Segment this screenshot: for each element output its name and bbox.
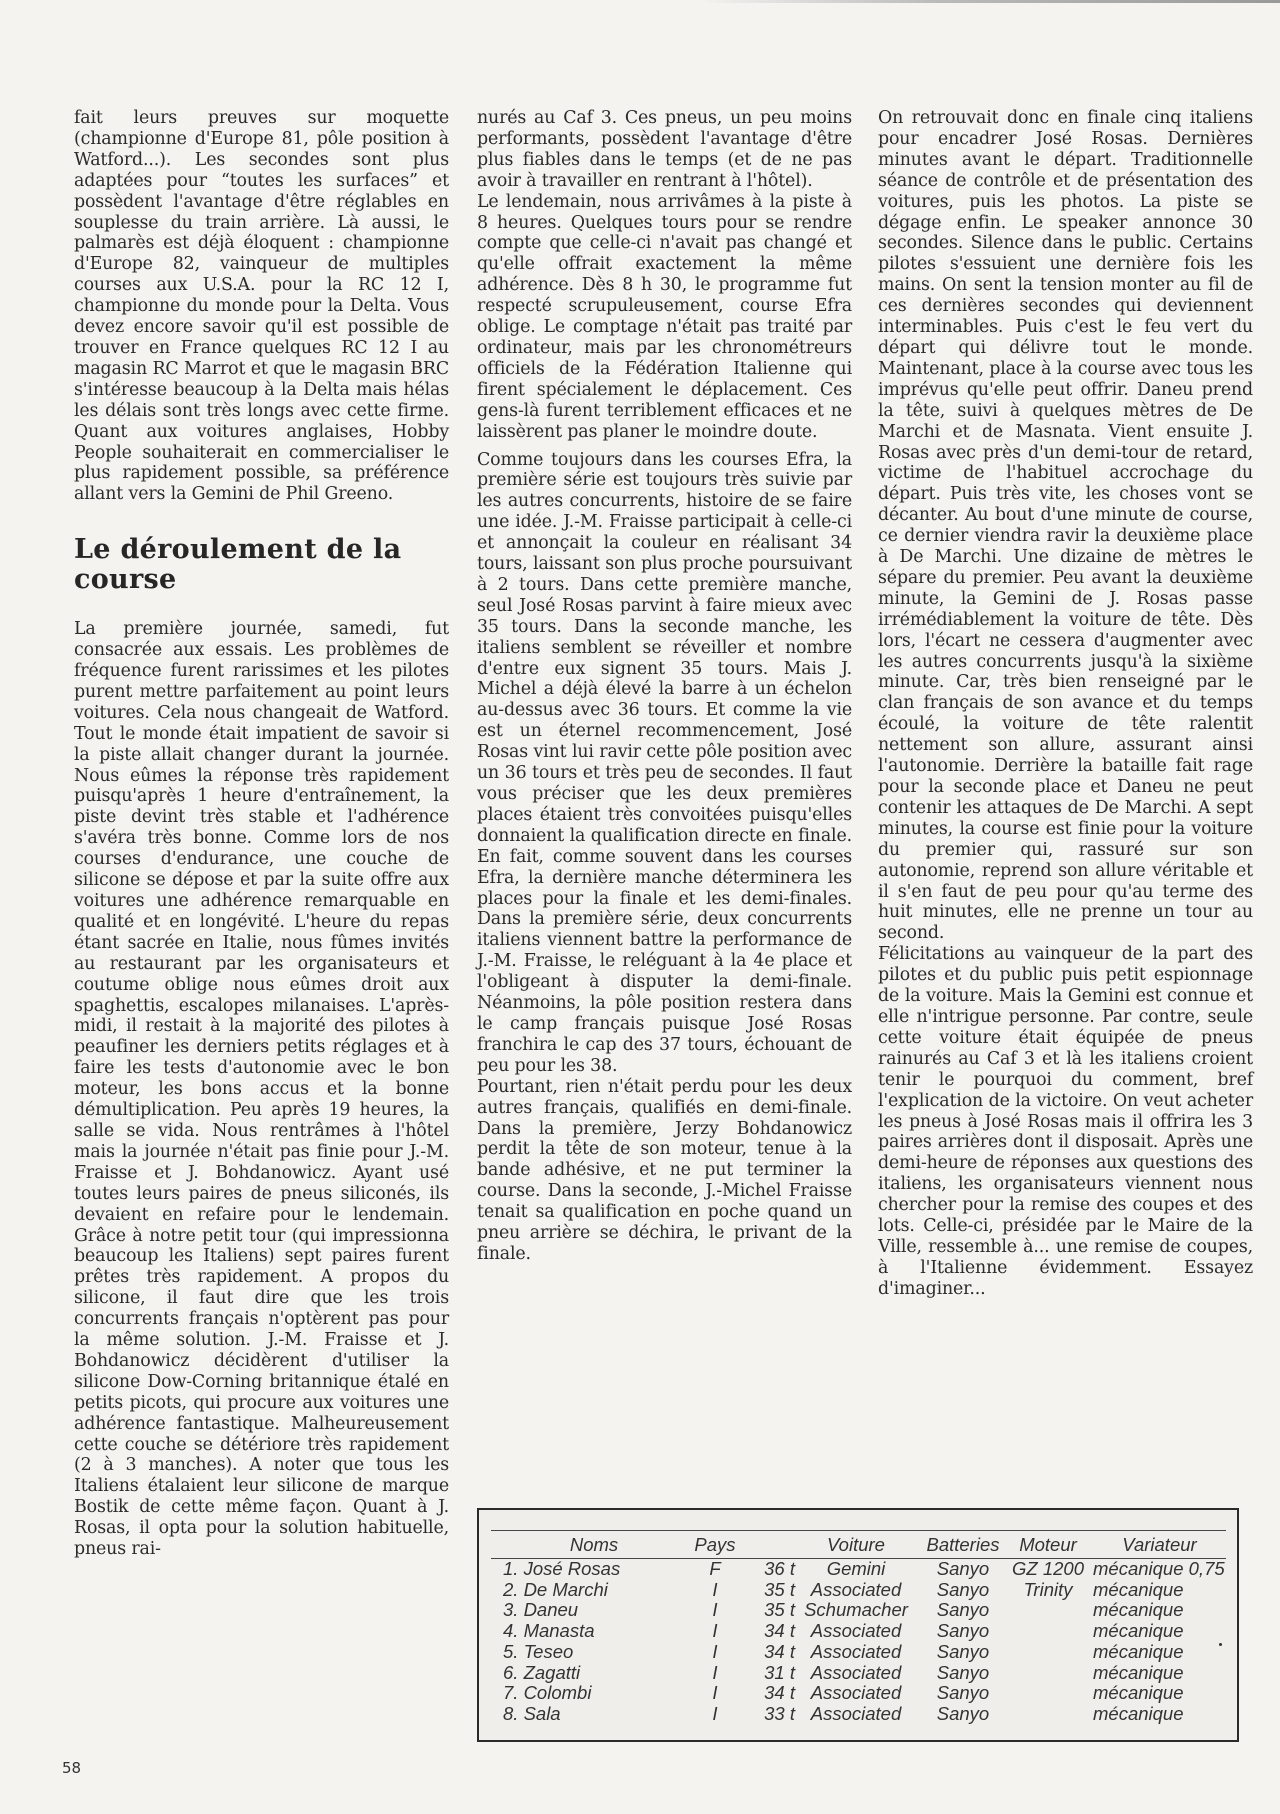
cell-pays: I (685, 1580, 745, 1601)
cell-name: 7. Colombi (491, 1683, 685, 1704)
cell-batteries: Sanyo (917, 1642, 1009, 1663)
cell-variateur: mécanique (1087, 1663, 1226, 1684)
cell-variateur: mécanique (1087, 1683, 1226, 1704)
cell-tours: 34 t (745, 1642, 795, 1663)
cell-pays: I (685, 1683, 745, 1704)
cell-name: 4. Manasta (491, 1621, 685, 1642)
cell-name: 5. Teseo (491, 1642, 685, 1663)
page-number: 58 (62, 1759, 81, 1777)
cell-name: 1. José Rosas (491, 1559, 685, 1580)
table-row: 1. José Rosas F 36 t Gemini Sanyo GZ 120… (491, 1559, 1226, 1580)
section-heading: Le déroulement de la course (74, 535, 449, 595)
cell-tours: 33 t (745, 1704, 795, 1725)
column-3: On retrouvait donc en finale cinq italie… (878, 108, 1253, 1300)
cell-moteur (1009, 1704, 1087, 1725)
paragraph: fait leurs preuves sur moquette (champio… (74, 108, 449, 505)
cell-tours: 34 t (745, 1683, 795, 1704)
header-pays: Pays (685, 1531, 745, 1559)
cell-pays: F (685, 1559, 745, 1580)
cell-name: 2. De Marchi (491, 1580, 685, 1601)
cell-moteur (1009, 1663, 1087, 1684)
paragraph: Félicitations au vainqueur de la part de… (878, 944, 1253, 1299)
cell-variateur: mécanique (1087, 1704, 1226, 1725)
cell-tours: 36 t (745, 1559, 795, 1580)
cell-moteur: Trinity (1009, 1580, 1087, 1601)
cell-variateur: mécanique (1087, 1600, 1226, 1621)
header-batteries: Batteries (917, 1531, 1009, 1559)
cell-name: 6. Zagatti (491, 1663, 685, 1684)
paragraph: La première journée, samedi, fut consacr… (74, 619, 449, 1560)
cell-batteries: Sanyo (917, 1683, 1009, 1704)
header-noms: Noms (491, 1531, 685, 1559)
table-row: 8. Sala I 33 t Associated Sanyo mécaniqu… (491, 1704, 1226, 1725)
paragraph: Pourtant, rien n'était perdu pour les de… (477, 1077, 852, 1265)
cell-voiture: Associated (795, 1704, 917, 1725)
cell-name: 8. Sala (491, 1704, 685, 1725)
print-speck (1219, 1643, 1222, 1646)
cell-variateur: mécanique (1087, 1621, 1226, 1642)
cell-name: 3. Daneu (491, 1600, 685, 1621)
cell-voiture: Associated (795, 1663, 917, 1684)
cell-batteries: Sanyo (917, 1559, 1009, 1580)
table-row: 7. Colombi I 34 t Associated Sanyo mécan… (491, 1683, 1226, 1704)
paragraph: Comme toujours dans les courses Efra, la… (477, 450, 852, 1077)
cell-voiture: Associated (795, 1642, 917, 1663)
cell-voiture: Associated (795, 1621, 917, 1642)
cell-tours: 35 t (745, 1580, 795, 1601)
cell-moteur (1009, 1642, 1087, 1663)
cell-tours: 34 t (745, 1621, 795, 1642)
results-box: Noms Pays Voiture Batteries Moteur Varia… (477, 1508, 1239, 1742)
cell-moteur: GZ 1200 (1009, 1559, 1087, 1580)
table-row: 6. Zagatti I 31 t Associated Sanyo mécan… (491, 1663, 1226, 1684)
results-table: Noms Pays Voiture Batteries Moteur Varia… (491, 1530, 1226, 1725)
cell-voiture: Gemini (795, 1559, 917, 1580)
table-row: 2. De Marchi I 35 t Associated Sanyo Tri… (491, 1580, 1226, 1601)
cell-pays: I (685, 1704, 745, 1725)
cell-pays: I (685, 1663, 745, 1684)
cell-moteur (1009, 1600, 1087, 1621)
scan-edge (700, 0, 1280, 3)
cell-voiture: Schumacher (795, 1600, 917, 1621)
cell-voiture: Associated (795, 1683, 917, 1704)
header-variateur: Variateur (1087, 1531, 1226, 1559)
cell-batteries: Sanyo (917, 1621, 1009, 1642)
cell-moteur (1009, 1621, 1087, 1642)
cell-batteries: Sanyo (917, 1663, 1009, 1684)
cell-variateur: mécanique 0,75 (1087, 1559, 1226, 1580)
table-row: 5. Teseo I 34 t Associated Sanyo mécaniq… (491, 1642, 1226, 1663)
cell-pays: I (685, 1621, 745, 1642)
header-moteur: Moteur (1009, 1531, 1087, 1559)
cell-pays: I (685, 1600, 745, 1621)
cell-batteries: Sanyo (917, 1580, 1009, 1601)
cell-batteries: Sanyo (917, 1704, 1009, 1725)
cell-moteur (1009, 1683, 1087, 1704)
cell-batteries: Sanyo (917, 1600, 1009, 1621)
paragraph: On retrouvait donc en finale cinq italie… (878, 108, 1253, 944)
table-row: 4. Manasta I 34 t Associated Sanyo mécan… (491, 1621, 1226, 1642)
cell-pays: I (685, 1642, 745, 1663)
column-1: fait leurs preuves sur moquette (champio… (74, 108, 449, 1560)
table-row: 3. Daneu I 35 t Schumacher Sanyo mécaniq… (491, 1600, 1226, 1621)
cell-tours: 31 t (745, 1663, 795, 1684)
header-tours (745, 1531, 795, 1559)
paragraph: nurés au Caf 3. Ces pneus, un peu moins … (477, 108, 852, 192)
cell-tours: 35 t (745, 1600, 795, 1621)
paragraph: Le lendemain, nous arrivâmes à la piste … (477, 192, 852, 443)
results-header-row: Noms Pays Voiture Batteries Moteur Varia… (491, 1531, 1226, 1559)
cell-variateur: mécanique (1087, 1642, 1226, 1663)
header-voiture: Voiture (795, 1531, 917, 1559)
column-2: nurés au Caf 3. Ces pneus, un peu moins … (477, 108, 852, 1265)
cell-voiture: Associated (795, 1580, 917, 1601)
cell-variateur: mécanique (1087, 1580, 1226, 1601)
